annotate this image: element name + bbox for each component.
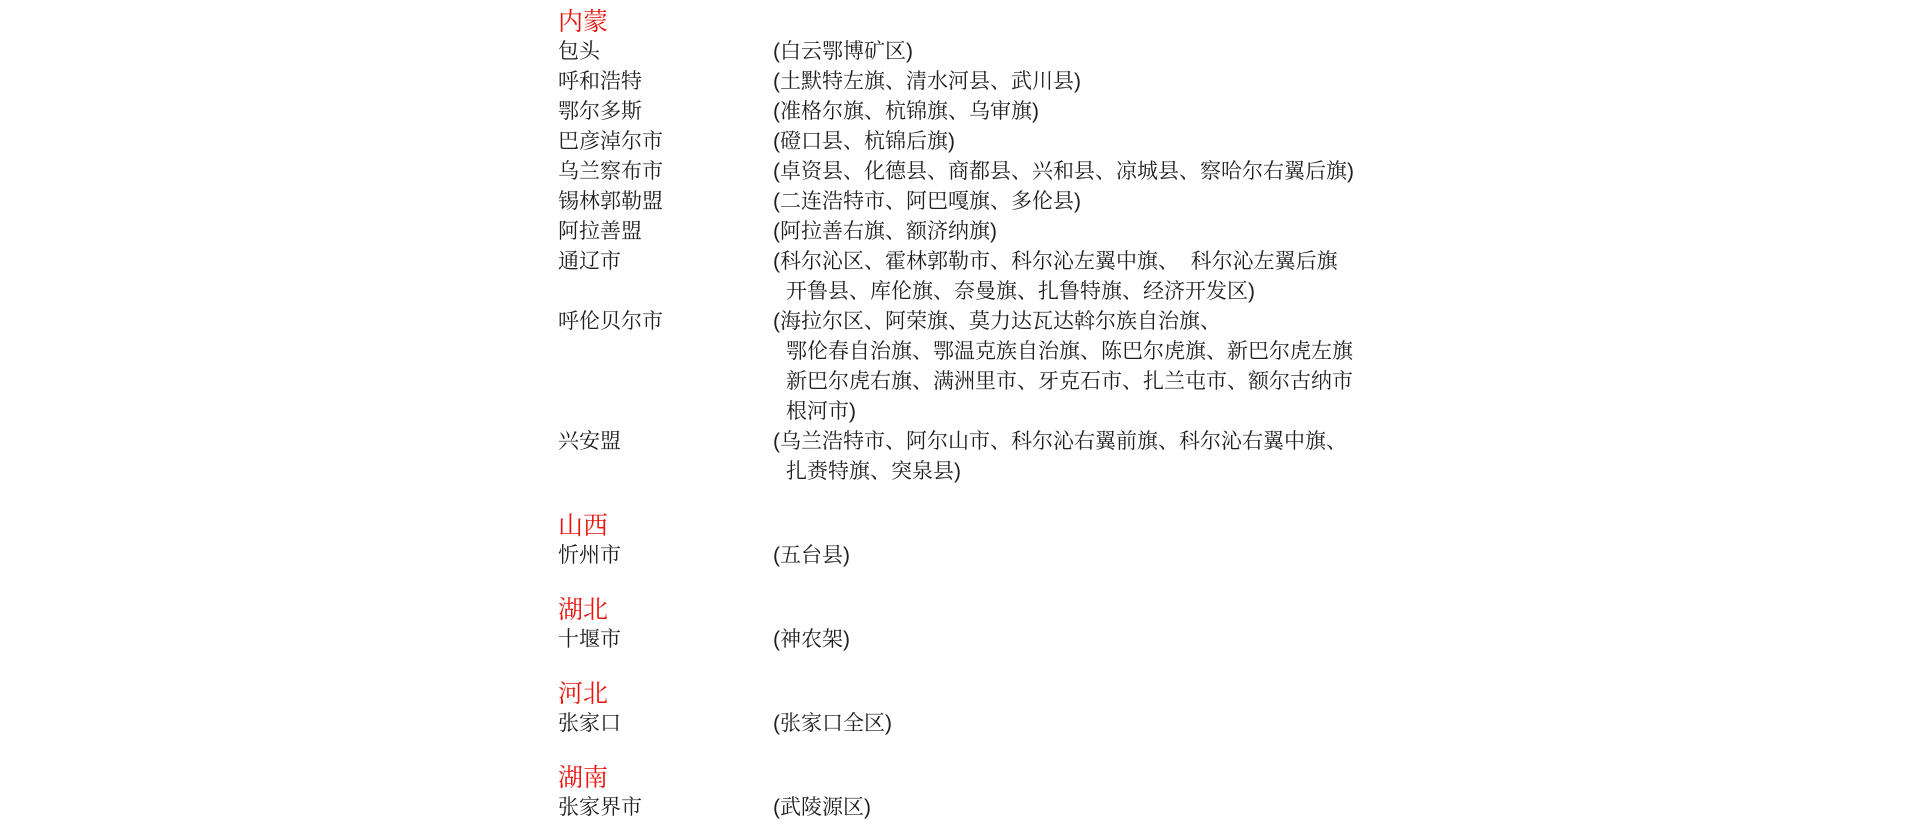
district-line: (神农架): [773, 625, 850, 655]
district-line: (磴口县、杭锦后旗): [773, 127, 955, 157]
province-header: 湖北: [558, 595, 1920, 625]
district-list: (白云鄂博矿区): [773, 37, 913, 67]
district-line: (乌兰浩特市、阿尔山市、科尔沁右翼前旗、科尔沁右翼中旗、: [773, 427, 1347, 457]
region-row: 乌兰察布市(卓资县、化德县、商都县、兴和县、凉城县、察哈尔右翼后旗): [558, 157, 1920, 187]
city-name: 呼和浩特: [558, 67, 773, 97]
city-name: 乌兰察布市: [558, 157, 773, 187]
region-row: 包头(白云鄂博矿区): [558, 37, 1920, 67]
province-section: 湖南张家界市(武陵源区): [558, 763, 1920, 823]
region-row: 呼和浩特(土默特左旗、清水河县、武川县): [558, 67, 1920, 97]
city-name: 通辽市: [558, 247, 773, 277]
city-name: 锡林郭勒盟: [558, 187, 773, 217]
district-line: 新巴尔虎右旗、满洲里市、牙克石市、扎兰屯市、额尔古纳市: [773, 367, 1353, 397]
district-line: 鄂伦春自治旗、鄂温克族自治旗、陈巴尔虎旗、新巴尔虎左旗: [773, 337, 1353, 367]
district-list: (五台县): [773, 541, 850, 571]
province-region-list: 内蒙包头(白云鄂博矿区)呼和浩特(土默特左旗、清水河县、武川县)鄂尔多斯(准格尔…: [558, 7, 1920, 823]
city-name: 鄂尔多斯: [558, 97, 773, 127]
district-list: (科尔沁区、霍林郭勒市、科尔沁左翼中旗、 科尔沁左翼后旗开鲁县、库伦旗、奈曼旗、…: [773, 247, 1338, 307]
region-row: 张家界市(武陵源区): [558, 793, 1920, 823]
city-name: 忻州市: [558, 541, 773, 571]
page: 内蒙包头(白云鄂博矿区)呼和浩特(土默特左旗、清水河县、武川县)鄂尔多斯(准格尔…: [0, 0, 1920, 834]
city-name: 张家口: [558, 709, 773, 739]
district-line: (张家口全区): [773, 709, 892, 739]
region-row: 忻州市(五台县): [558, 541, 1920, 571]
province-header: 内蒙: [558, 7, 1920, 37]
district-line: (武陵源区): [773, 793, 871, 823]
region-row: 呼伦贝尔市(海拉尔区、阿荣旗、莫力达瓦达斡尔族自治旗、鄂伦春自治旗、鄂温克族自治…: [558, 307, 1920, 427]
district-list: (二连浩特市、阿巴嘎旗、多伦县): [773, 187, 1081, 217]
city-name: 兴安盟: [558, 427, 773, 457]
district-line: (海拉尔区、阿荣旗、莫力达瓦达斡尔族自治旗、: [773, 307, 1353, 337]
district-line: (土默特左旗、清水河县、武川县): [773, 67, 1081, 97]
province-header: 河北: [558, 679, 1920, 709]
province-section: 内蒙包头(白云鄂博矿区)呼和浩特(土默特左旗、清水河县、武川县)鄂尔多斯(准格尔…: [558, 7, 1920, 487]
district-list: (神农架): [773, 625, 850, 655]
district-list: (武陵源区): [773, 793, 871, 823]
region-row: 鄂尔多斯(准格尔旗、杭锦旗、乌审旗): [558, 97, 1920, 127]
city-name: 十堰市: [558, 625, 773, 655]
district-line: (二连浩特市、阿巴嘎旗、多伦县): [773, 187, 1081, 217]
district-line: (卓资县、化德县、商都县、兴和县、凉城县、察哈尔右翼后旗): [773, 157, 1354, 187]
district-line: (白云鄂博矿区): [773, 37, 913, 67]
region-row: 张家口(张家口全区): [558, 709, 1920, 739]
district-list: (阿拉善右旗、额济纳旗): [773, 217, 997, 247]
district-line: (五台县): [773, 541, 850, 571]
region-row: 通辽市(科尔沁区、霍林郭勒市、科尔沁左翼中旗、 科尔沁左翼后旗开鲁县、库伦旗、奈…: [558, 247, 1920, 307]
district-line: (科尔沁区、霍林郭勒市、科尔沁左翼中旗、 科尔沁左翼后旗: [773, 247, 1338, 277]
province-section: 湖北十堰市(神农架): [558, 595, 1920, 655]
district-line: 扎赉特旗、突泉县): [773, 457, 1347, 487]
district-list: (张家口全区): [773, 709, 892, 739]
city-name: 包头: [558, 37, 773, 67]
district-list: (磴口县、杭锦后旗): [773, 127, 955, 157]
city-name: 阿拉善盟: [558, 217, 773, 247]
district-list: (卓资县、化德县、商都县、兴和县、凉城县、察哈尔右翼后旗): [773, 157, 1354, 187]
district-line: (准格尔旗、杭锦旗、乌审旗): [773, 97, 1039, 127]
region-row: 巴彦淖尔市(磴口县、杭锦后旗): [558, 127, 1920, 157]
city-name: 巴彦淖尔市: [558, 127, 773, 157]
city-name: 呼伦贝尔市: [558, 307, 773, 337]
region-row: 兴安盟(乌兰浩特市、阿尔山市、科尔沁右翼前旗、科尔沁右翼中旗、扎赉特旗、突泉县): [558, 427, 1920, 487]
province-header: 湖南: [558, 763, 1920, 793]
district-line: (阿拉善右旗、额济纳旗): [773, 217, 997, 247]
region-row: 十堰市(神农架): [558, 625, 1920, 655]
district-line: 开鲁县、库伦旗、奈曼旗、扎鲁特旗、经济开发区): [773, 277, 1338, 307]
region-row: 锡林郭勒盟(二连浩特市、阿巴嘎旗、多伦县): [558, 187, 1920, 217]
province-header: 山西: [558, 511, 1920, 541]
province-section: 河北张家口(张家口全区): [558, 679, 1920, 739]
district-list: (海拉尔区、阿荣旗、莫力达瓦达斡尔族自治旗、鄂伦春自治旗、鄂温克族自治旗、陈巴尔…: [773, 307, 1353, 427]
district-line: 根河市): [773, 397, 1353, 427]
district-list: (准格尔旗、杭锦旗、乌审旗): [773, 97, 1039, 127]
district-list: (乌兰浩特市、阿尔山市、科尔沁右翼前旗、科尔沁右翼中旗、扎赉特旗、突泉县): [773, 427, 1347, 487]
region-row: 阿拉善盟(阿拉善右旗、额济纳旗): [558, 217, 1920, 247]
province-section: 山西忻州市(五台县): [558, 511, 1920, 571]
district-list: (土默特左旗、清水河县、武川县): [773, 67, 1081, 97]
city-name: 张家界市: [558, 793, 773, 823]
